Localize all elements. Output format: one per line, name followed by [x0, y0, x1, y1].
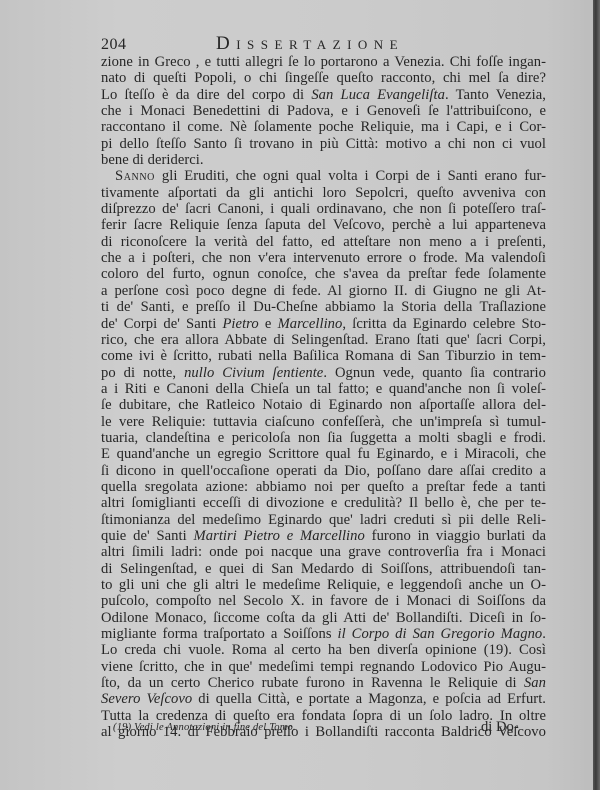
italic-text: Severo Veſcovo [101, 691, 192, 707]
text-line: le vere Reliquie: tuttavia ciaſcuno conf… [101, 414, 546, 430]
text-line: Lo creda chi vuole. Roma al certo ha ben… [101, 642, 546, 658]
page-header: 204 Dissertazione [101, 33, 546, 55]
page-number: 204 [101, 36, 127, 54]
text-line: ti de' Santi, e preſſo il Du-Cheſne abbi… [101, 299, 546, 315]
text-line: pi dello ſteſſo Santo ſi trovano in più … [101, 136, 546, 152]
text-line: Odilone Monaco, ſiccome coſta da gli Att… [101, 610, 546, 626]
italic-text: San Luca Evangeliſta [311, 87, 445, 103]
text-line: altri ſomiglianti ecceſſi di divozione e… [101, 495, 546, 511]
text-line: zione in Greco , e tutti allegri ſe lo p… [101, 54, 546, 70]
text-line: che i Monaci Benedettini di Padova, e i … [101, 103, 546, 119]
italic-text: nullo Civium ſentiente [184, 365, 323, 381]
body-text: zione in Greco , e tutti allegri ſe lo p… [101, 54, 546, 740]
text-line: altri ſimili ladri: onde poi nacque una … [101, 544, 546, 560]
text-line: coloro del furto, ognun conoſce, che s'a… [101, 266, 546, 282]
footnote: (19) Vedi le Annotazioni in fine del Tom… [113, 722, 296, 733]
book-page: 204 Dissertazione zione in Greco , e tut… [0, 0, 593, 790]
text-line: de' Corpi de' Santi Pietro e Marcellino,… [101, 316, 546, 332]
text-line: a perſone così poco degne di fede. Al gi… [101, 283, 546, 299]
text-line: ſto, da un certo Cherico rubate furono i… [101, 675, 546, 691]
text-line: nato di queſti Popoli, o chi ſingeſſe qu… [101, 70, 546, 86]
small-caps-text: Sanno [115, 168, 155, 184]
text-line: puſcolo, compoſto nel Secolo X. in favor… [101, 593, 546, 609]
text-line: quie de' Santi Martiri Pietro e Marcelli… [101, 528, 546, 544]
italic-text: il Corpo di San Gregorio Magno [338, 626, 543, 642]
page-edge-shadow [593, 0, 600, 790]
text-line: a i Riti e Canoni della Chieſa un tal fa… [101, 381, 546, 397]
text-line: raccontano il come. Nè ſolamente poche R… [101, 119, 546, 135]
text-line: Severo Veſcovo di quella Città, e portat… [101, 691, 546, 707]
text-line: Lo ſteſſo è da dire del corpo di San Luc… [101, 87, 546, 103]
italic-text: San [524, 675, 546, 691]
text-line: come ivi è ſcritto, rubati nella Baſilic… [101, 348, 546, 364]
text-line: Sanno gli Eruditi, che ogni qual volta i… [101, 168, 546, 184]
text-line: rico, che era allora Abbate di Selingenſ… [101, 332, 546, 348]
italic-text: Pietro [222, 316, 258, 332]
italic-text: Marcellino [278, 316, 343, 332]
running-title: Dissertazione [216, 33, 404, 55]
text-line: po di notte, nullo Civium ſentiente. Ogn… [101, 365, 546, 381]
text-line: bene di deriderci. [101, 152, 546, 168]
text-line: diſprezzo de' ſacri Canoni, i quali ordi… [101, 201, 546, 217]
text-line: to gli uni che gli altri le medeſime Rel… [101, 577, 546, 593]
text-line: tivamente aſportati da gli antichi loro … [101, 185, 546, 201]
text-line: tuaria, clandeſtina e pericoloſa non ſia… [101, 430, 546, 446]
text-line: quella sregolata azione: abbiamo noi per… [101, 479, 546, 495]
text-line: ſe dubitare, che Ratleico Notaio di Egin… [101, 397, 546, 413]
text-line: ſtimonianza del medeſimo Eginardo que' l… [101, 512, 546, 528]
text-line: ſi dicono in quell'occaſione operati da … [101, 463, 546, 479]
text-line: di Selingenſtad, e quei di San Medardo d… [101, 561, 546, 577]
text-line: viene ſcritto, che in que' medeſimi temp… [101, 659, 546, 675]
text-line: migliante forma traſportato a Soiſſons i… [101, 626, 546, 642]
catchword: di Do- [481, 719, 519, 736]
text-line: che a i poſteri, che non v'era intervenu… [101, 250, 546, 266]
italic-text: Martiri Pietro e Marcellino [194, 528, 365, 544]
text-line: di riconoſcere la verità del fatto, ed a… [101, 234, 546, 250]
text-line: ferir ſacre Reliquie ſenza ſaputa del Ve… [101, 217, 546, 233]
text-line: E quand'anche un egregio Scrittore qual … [101, 446, 546, 462]
